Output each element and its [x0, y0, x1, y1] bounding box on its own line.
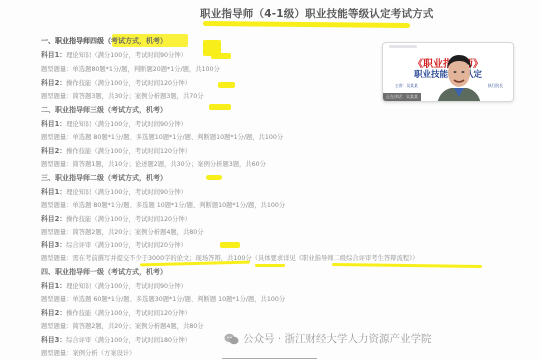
subject-line: 科目1：理论知识（满分100分，考试时间90分钟） [41, 51, 187, 60]
wechat-watermark: 公众号 · 浙江财经大学人力资源产业学院 [224, 331, 432, 346]
highlight-mark [218, 82, 235, 88]
question-types-line: 题型题量：简答题3题，共30分；案例分析题3题，共70分 [41, 92, 204, 101]
highlight-underline [203, 21, 410, 28]
question-types-line: 题型题量：案例分析（方案设计） [41, 349, 135, 358]
subject-line: 科目2：操作技能（满分100分，考试时间120分钟） [41, 147, 191, 156]
highlight-mark [220, 242, 240, 248]
highlight-mark [209, 104, 231, 110]
speaker-name-tag: 正在讲话：吴某某 [383, 93, 421, 101]
section-heading: 三、职业指导师二级（考试方式，机考） [41, 174, 167, 183]
subject-line: 科目3：综合评审（满分100分，考试时间180分钟） [41, 336, 191, 345]
highlight-mark [211, 53, 231, 59]
slide-speaker: 主讲：吴某某 [395, 83, 418, 89]
wechat-icon [224, 333, 239, 345]
highlight-mark [206, 175, 222, 180]
highlight-underline [332, 263, 482, 268]
question-types-line: 题型题量：单选题80题*1分/题，判断题20题*1分/题，共100分 [41, 65, 220, 74]
highlight-underline [255, 264, 285, 267]
question-types-line: 题型题量：简答题1题，共10分；论述题2题，共30分；案例分析题3题，共60分 [41, 160, 266, 169]
subject-line: 科目1：理论知识（满分100分，考试时间90分钟） [41, 120, 187, 129]
subject-line: 科目3：综合评审（满分100分，考试时间20分钟） [41, 241, 187, 250]
speaker-avatar-icon [435, 49, 483, 102]
subject-line: 科目2：操作技能（满分100分，考试时间120分钟） [41, 79, 191, 88]
question-types-line: 题型题量：单选题 80题*1分/题、多选题 10题*1分/题、判断题10题*1分… [41, 201, 285, 210]
subject-line: 科目1：理论知识（满分100分，考试时间90分钟） [41, 282, 187, 291]
question-types-line: 题型题量：单选题 80题*1分/题、多选题10题*1分/题、判断题10题*1分/… [41, 133, 283, 142]
section-heading: 二、职业指导师三级（考试方式，机考） [41, 106, 167, 115]
lecture-screen: 职业指导师（4-1级）职业技能等级认定考试方式 一、职业指导师四级（考试方式，机… [0, 0, 540, 361]
subject-line: 科目2：操作技能（满分100分，考试时间120分钟） [41, 309, 191, 318]
divider [222, 358, 317, 359]
question-types-line: 题型题量：简答题2题，共20分；案例分析题4题，共80分 [41, 322, 204, 331]
section-heading-overlay: 一、职业指导师四级（考试方式，机考） [41, 37, 167, 46]
speaker-video-window[interactable]: 《职业指导师》 职业技能等级认定 主讲：吴某某 执行院长 正在讲话：吴某某 [382, 42, 514, 102]
document-title: 职业指导师（4-1级）职业技能等级认定考试方式 [200, 6, 434, 21]
subject-line: 科目1：理论知识（满分100分，考试时间90分钟） [41, 188, 187, 197]
subject-line: 科目2：操作技能（满分100分，考试时间120分钟） [41, 215, 191, 224]
slide-role: 执行院长 [488, 83, 503, 89]
watermark-text: 公众号 · 浙江财经大学人力资源产业学院 [243, 331, 432, 346]
question-types-line: 题型题量：简答题2题，共20分；案例分析题4题，共80分 [41, 228, 204, 237]
question-types-line: 题型题量：单选题 60题*1分/题、多选题30题*1分/题、判断题 10题*1分… [41, 295, 285, 304]
section-heading: 四、职业指导师一级（考试方式，机考） [41, 268, 167, 277]
video-header-bar [389, 45, 417, 48]
